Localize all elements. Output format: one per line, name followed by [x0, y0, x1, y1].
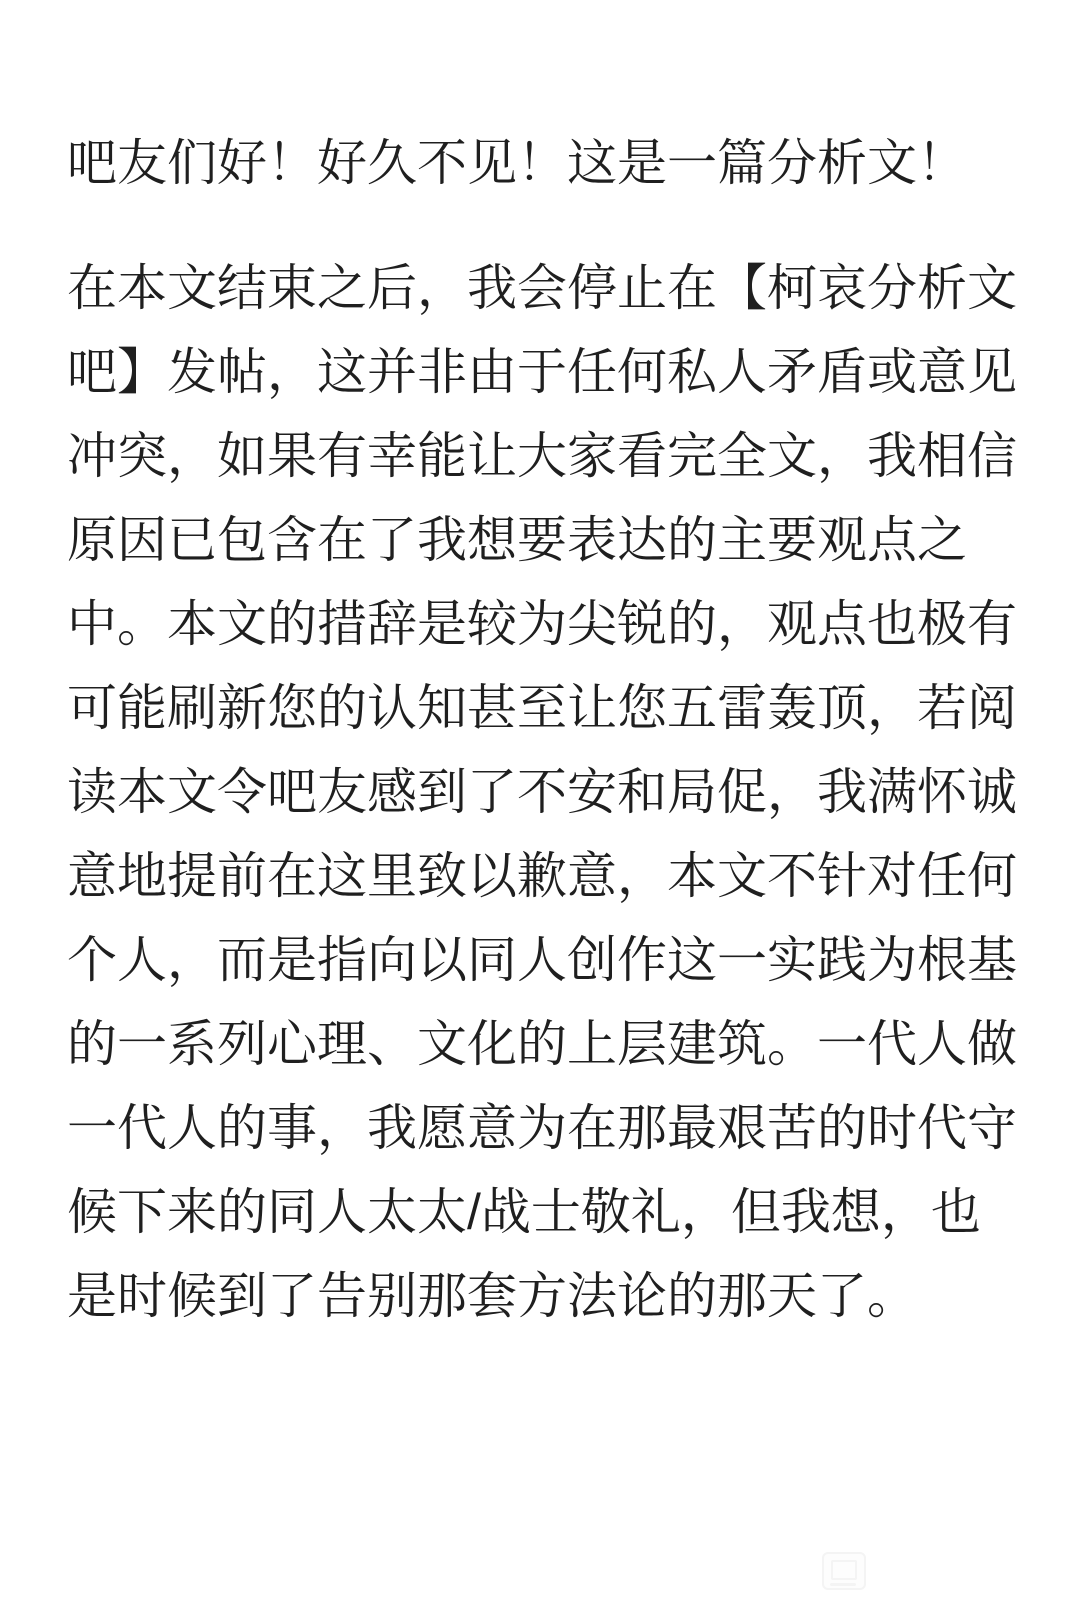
paragraph-line: 个人，而是指向以同人创作这一实践为根基 — [67, 918, 1017, 1002]
paragraph-line: 吧】发帖，这并非由于任何私人矛盾或意见 — [67, 330, 1017, 414]
paragraph-line: 候下来的同人太太/战士敬礼，但我想，也 — [67, 1170, 1017, 1254]
post-greeting: 吧友们好！好久不见！这是一篇分析文！ — [67, 121, 1017, 205]
watermark-icon — [822, 1552, 866, 1590]
watermark-inner-shape — [831, 1560, 857, 1580]
watermark-base-shape — [830, 1583, 856, 1586]
paragraph-line: 意地提前在这里致以歉意，本文不针对任何 — [67, 834, 1017, 918]
paragraph-line: 可能刷新您的认知甚至让您五雷轰顶，若阅 — [67, 666, 1017, 750]
paragraph-line: 是时候到了告别那套方法论的那天了。 — [67, 1254, 1017, 1338]
paragraph-line: 冲突，如果有幸能让大家看完全文，我相信 — [67, 414, 1017, 498]
paragraph-line: 在本文结束之后，我会停止在【柯哀分析文 — [67, 246, 1017, 330]
paragraph-line: 中。本文的措辞是较为尖锐的，观点也极有 — [67, 582, 1017, 666]
paragraph-line: 读本文令吧友感到了不安和局促，我满怀诚 — [67, 750, 1017, 834]
post-body: 吧友们好！好久不见！这是一篇分析文！ 在本文结束之后，我会停止在【柯哀分析文吧】… — [67, 121, 1017, 1338]
paragraph-line: 的一系列心理、文化的上层建筑。一代人做 — [67, 1002, 1017, 1086]
post-paragraph: 在本文结束之后，我会停止在【柯哀分析文吧】发帖，这并非由于任何私人矛盾或意见冲突… — [67, 246, 1017, 1338]
paragraph-line: 一代人的事，我愿意为在那最艰苦的时代守 — [67, 1086, 1017, 1170]
paragraph-line: 原因已包含在了我想要表达的主要观点之 — [67, 498, 1017, 582]
